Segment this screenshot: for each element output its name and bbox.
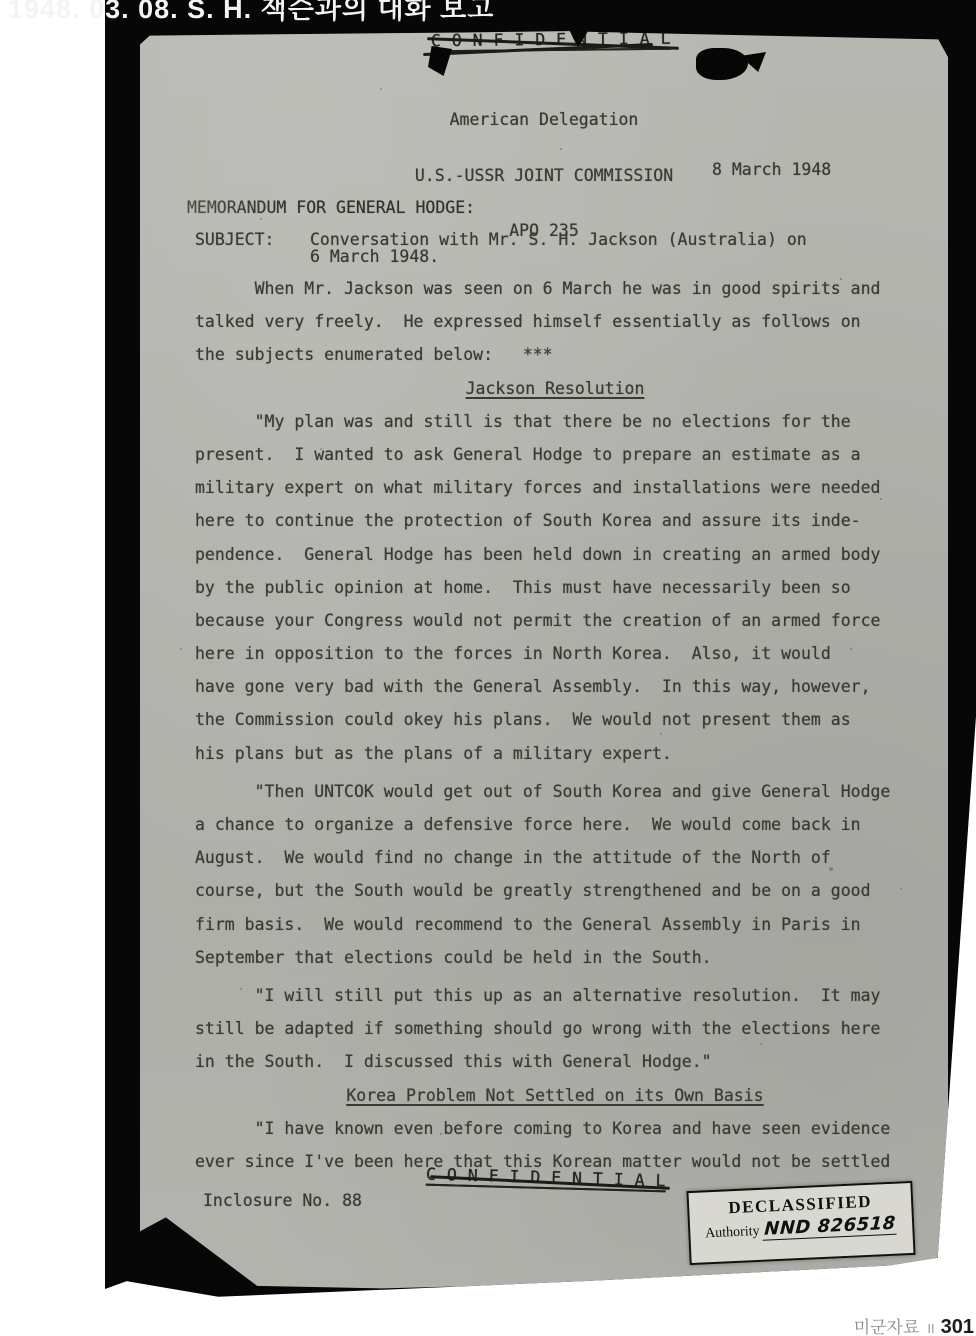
body-line: here in opposition to the forces in Nort… bbox=[195, 637, 915, 670]
body-line: his plans but as the plans of a military… bbox=[195, 737, 915, 770]
memo-body: When Mr. Jackson was seen on 6 March he … bbox=[195, 272, 915, 1178]
body-line: the Commission could okey his plans. We … bbox=[195, 703, 915, 736]
body-line: have gone very bad with the General Asse… bbox=[195, 670, 915, 703]
document-paper: C O N F I D E N T I A L American Delegat… bbox=[140, 28, 948, 1296]
footer-page-number: 301 bbox=[941, 1316, 974, 1336]
authority-label: Authority bbox=[705, 1224, 760, 1241]
body-line: because your Congress would not permit t… bbox=[195, 604, 915, 637]
body-line: "I will still put this up as an alternat… bbox=[195, 979, 915, 1012]
memorandum-to-line: MEMORANDUM FOR GENERAL HODGE: bbox=[187, 198, 475, 218]
footer-source-reference: 미군자료II301 bbox=[854, 1313, 974, 1336]
body-line: still be adapted if something should go … bbox=[195, 1012, 915, 1045]
body-line: course, but the South would be greatly s… bbox=[195, 874, 915, 907]
body-line: "My plan was and still is that there be … bbox=[195, 405, 915, 438]
body-line: When Mr. Jackson was seen on 6 March he … bbox=[195, 272, 915, 305]
section-heading-korea-problem: Korea Problem Not Settled on its Own Bas… bbox=[195, 1079, 915, 1112]
body-line: pendence. General Hodge has been held do… bbox=[195, 538, 915, 571]
body-line: military expert on what military forces … bbox=[195, 471, 915, 504]
body-line: in the South. I discussed this with Gene… bbox=[195, 1045, 915, 1078]
subject-line-2: 6 March 1948. bbox=[310, 247, 870, 267]
body-line: "I have known even before coming to Kore… bbox=[195, 1112, 915, 1145]
body-line: "Then UNTCOK would get out of South Kore… bbox=[195, 775, 915, 808]
letterhead-line-1: American Delegation bbox=[140, 112, 948, 128]
body-line: talked very freely. He expressed himself… bbox=[195, 305, 915, 338]
body-line: September that elections could be held i… bbox=[195, 941, 915, 974]
document-date: 8 March 1948 bbox=[712, 160, 831, 180]
body-line: here to continue the protection of South… bbox=[195, 504, 915, 537]
body-line: August. We would find no change in the a… bbox=[195, 841, 915, 874]
ink-speckles bbox=[140, 28, 142, 30]
korean-caption-title: 1948. 03. 08. S. H. 잭슨과의 대화 보고 bbox=[8, 0, 494, 26]
declassified-stamp: DECLASSIFIED Authority NND 826518 bbox=[686, 1181, 915, 1265]
section-heading-jackson-resolution: Jackson Resolution bbox=[195, 372, 915, 405]
footer-source-label: 미군자료 bbox=[854, 1318, 920, 1336]
subject-label: SUBJECT: bbox=[195, 230, 274, 250]
inclosure-note: Inclosure No. 88 bbox=[203, 1191, 362, 1211]
authority-number-handwritten: NND 826518 bbox=[762, 1214, 898, 1241]
body-line: by the public opinion at home. This must… bbox=[195, 571, 915, 604]
scanned-photo-background: C O N F I D E N T I A L American Delegat… bbox=[105, 0, 976, 1302]
body-line: the subjects enumerated below: *** bbox=[195, 338, 915, 371]
body-line: firm basis. We would recommend to the Ge… bbox=[195, 908, 915, 941]
body-line: present. I wanted to ask General Hodge t… bbox=[195, 438, 915, 471]
footer-volume-label: II bbox=[927, 1321, 934, 1336]
body-line: a chance to organize a defensive force h… bbox=[195, 808, 915, 841]
